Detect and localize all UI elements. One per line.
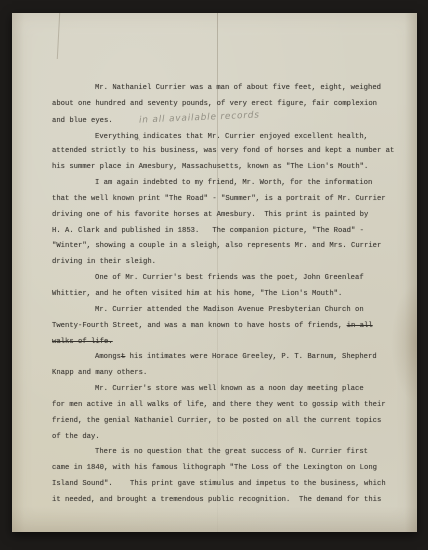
typed-text: for men active in all walks of life, and… [52,401,386,409]
typed-line: Knapp and many others. [52,366,408,382]
typed-text: his intimates were Horace Greeley, P. T.… [125,353,376,361]
typed-line: friend, the genial Nathaniel Currier, to… [52,414,408,430]
typed-lines: Mr. Nathaniel Currier was a man of about… [52,81,408,509]
corner-crease [57,13,60,59]
typed-line: H. A. Clark and published in 1853. The c… [52,224,408,240]
typed-text: attended strictly to his business, was v… [52,147,394,155]
typed-line: for men active in all walks of life, and… [52,398,408,414]
typed-line: Mr. Currier attended the Madison Avenue … [52,303,408,319]
typed-text: came in 1840, with his famous lithograph… [52,464,377,472]
typed-text: about one hundred and seventy pounds, of… [52,100,377,108]
typed-text: and blue eyes. [52,117,113,125]
typed-line: that the well known print "The Road" - "… [52,192,408,208]
typed-text: driving in their sleigh. [52,258,156,266]
document-page: Mr. Nathaniel Currier was a man of about… [12,13,417,532]
struck-out-text: in all [347,322,373,330]
typed-text: There is no question that the great succ… [95,448,368,456]
typed-text: H. A. Clark and published in 1853. The c… [52,227,364,235]
typed-text: I am again indebted to my friend, Mr. Wo… [95,179,372,187]
typed-text: Mr. Nathaniel Currier was a man of about… [95,84,381,92]
typed-text: One of Mr. Currier's best friends was th… [95,274,364,282]
typed-line: Twenty-Fourth Street, and was a man know… [52,319,408,335]
typed-line: I am again indebted to my friend, Mr. Wo… [52,176,408,192]
typed-line: "Winter", showing a couple in a sleigh, … [52,239,408,255]
typed-text: that the well known print "The Road" - "… [52,195,386,203]
typed-text: Whittier, and he often visited him at hi… [52,290,342,298]
typed-text: Mr. Currier's store was well known as a … [95,385,364,393]
typed-line: attended strictly to his business, was v… [52,144,408,160]
typed-text: Everything [95,133,138,141]
typed-line: and blue eyes.in all available records [52,113,408,129]
typed-line: driving one of his favorite horses at Am… [52,208,408,224]
typed-text: friend, the genial Nathaniel Currier, to… [52,417,381,425]
typed-line: his summer place in Amesbury, Massachuse… [52,160,408,176]
typed-line: Mr. Nathaniel Currier was a man of about… [52,81,408,97]
typed-text: his summer place in Amesbury, Massachuse… [52,163,368,171]
typed-text: "Winter", showing a couple in a sleigh, … [52,242,381,250]
typed-line: Everything^ indicates that Mr. Currier e… [52,129,408,145]
typed-text: driving one of his favorite horses at Am… [52,211,368,219]
typed-line: driving in their sleigh. [52,255,408,271]
typed-text: Twenty-Fourth Street, and was a man know… [52,322,347,330]
photo-background: Mr. Nathaniel Currier was a man of about… [0,0,428,550]
typed-line: it needed, and brought a tremendous publ… [52,493,408,509]
typed-line: Whittier, and he often visited him at hi… [52,287,408,303]
typed-line: Mr. Currier's store was well known as a … [52,382,408,398]
typed-line: came in 1840, with his famous lithograph… [52,461,408,477]
typed-text: Amongs [95,353,121,361]
typed-line: Amongst his intimates were Horace Greele… [52,350,408,366]
struck-out-text: walks of life. [52,338,113,346]
typed-line: walks of life. [52,335,408,351]
typed-text: Mr. Currier attended the Madison Avenue … [95,306,364,314]
typed-text: Knapp and many others. [52,369,147,377]
typed-text: indicates that Mr. Currier enjoyed excel… [138,133,368,141]
typed-line: There is no question that the great succ… [52,445,408,461]
typed-line: Island Sound". This print gave stimulus … [52,477,408,493]
typed-line: of the day. [52,430,408,446]
typed-line: One of Mr. Currier's best friends was th… [52,271,408,287]
typed-text: of the day. [52,433,100,441]
typed-text: Island Sound". This print gave stimulus … [52,480,386,488]
typed-text: it needed, and brought a tremendous publ… [52,496,381,504]
